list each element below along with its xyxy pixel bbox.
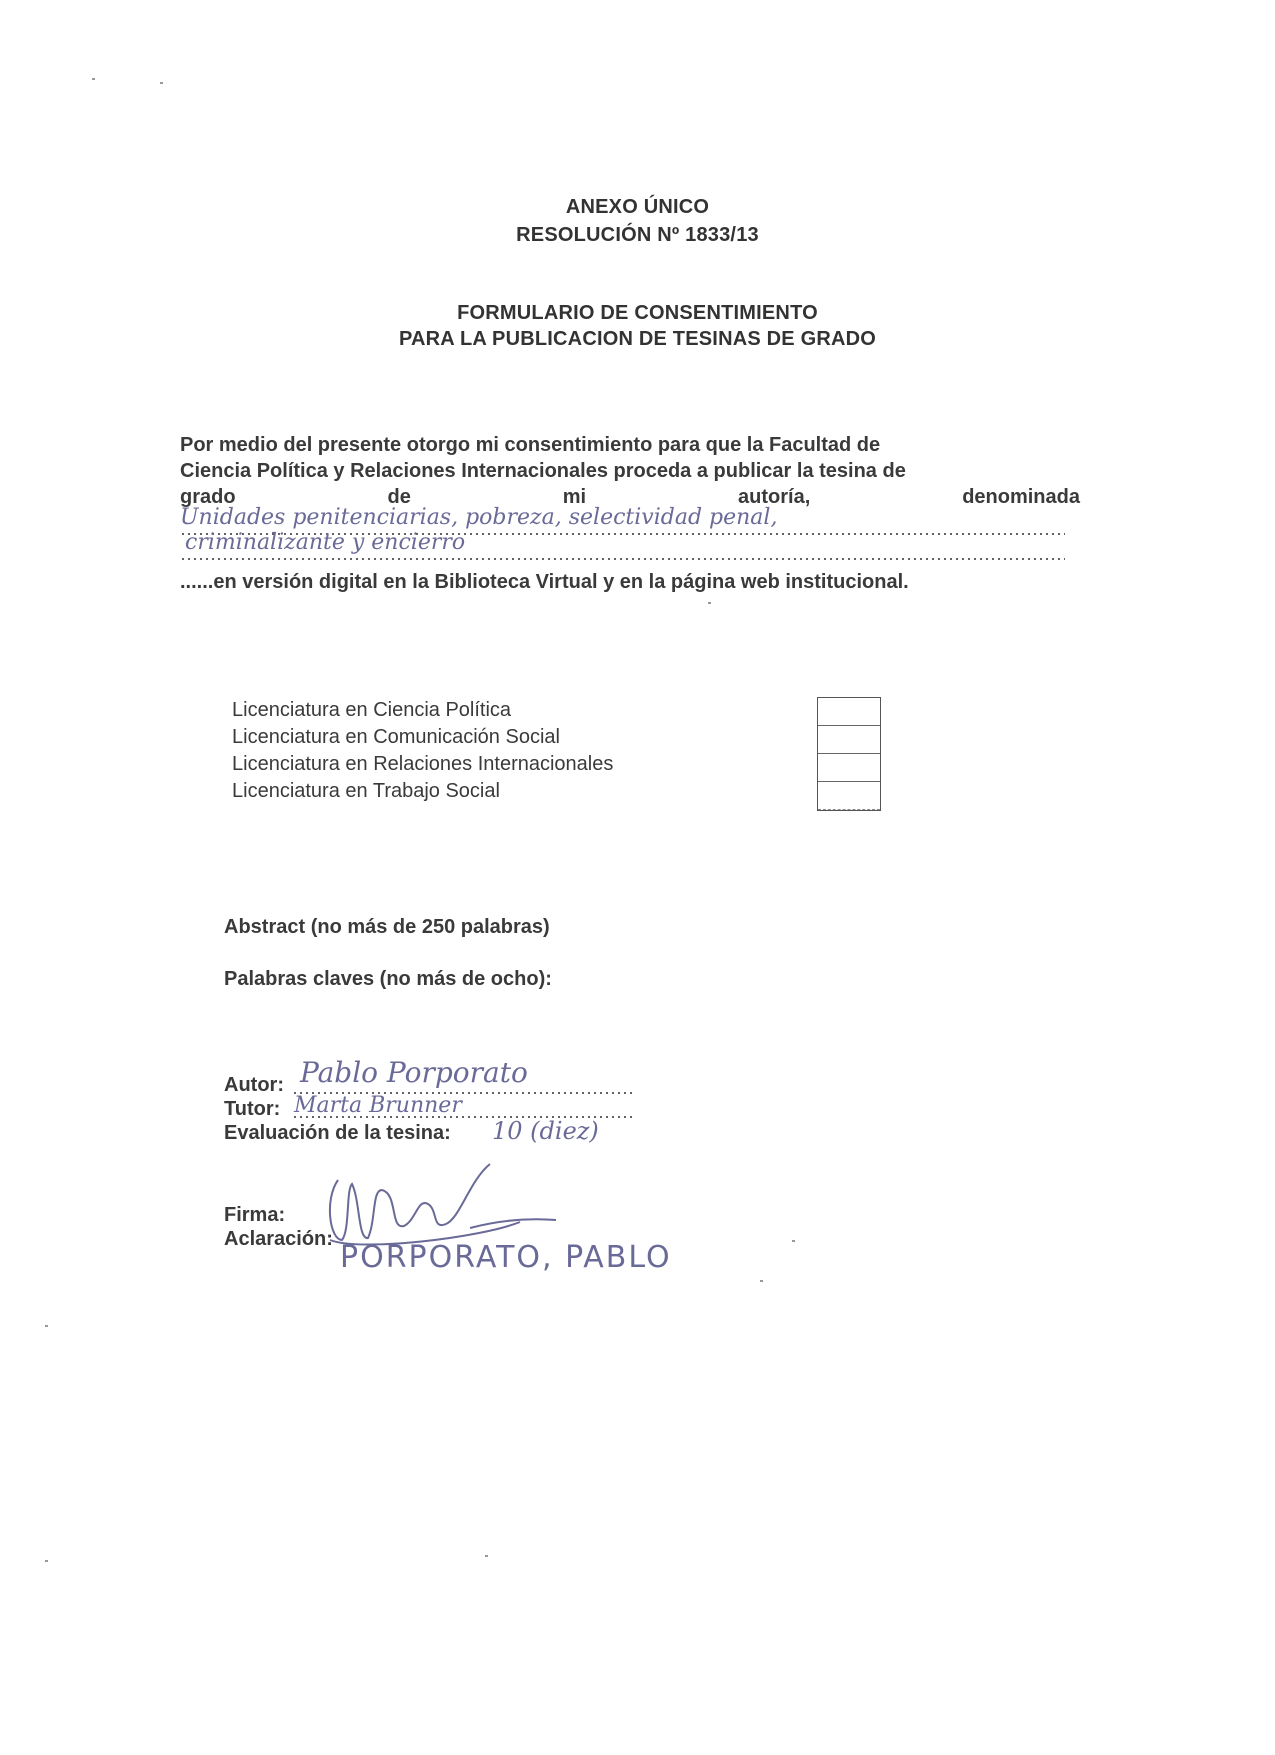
evaluation-label: Evaluación de la tesina: <box>224 1122 451 1145</box>
degree-comunicacion-social: Licenciatura en Comunicación Social <box>232 724 560 751</box>
degree-trabajo-social: Licenciatura en Trabajo Social <box>232 778 500 805</box>
clarification-label: Aclaración: <box>224 1228 333 1251</box>
degree-ciencia-politica: Licenciatura en Ciencia Política <box>232 697 511 724</box>
form-title-line1: FORMULARIO DE CONSENTIMIENTO <box>0 302 1275 325</box>
resolution-number: RESOLUCIÓN Nº 1833/13 <box>0 224 1275 247</box>
tutor-label: Tutor: <box>224 1098 280 1121</box>
abstract-label: Abstract (no más de 250 palabras) <box>224 916 550 939</box>
checkbox-relaciones-internacionales[interactable] <box>818 754 880 782</box>
consent-line-2: Ciencia Política y Relaciones Internacio… <box>180 458 1080 484</box>
checkbox-trabajo-social[interactable] <box>818 782 880 810</box>
degree-checkbox-column <box>817 697 881 811</box>
signature-name-print: PORPORATO, PABLO <box>340 1240 672 1275</box>
checkbox-comunicacion-social[interactable] <box>818 726 880 754</box>
thesis-title-handwritten-1[interactable]: Unidades penitenciarias, pobreza, select… <box>180 505 777 530</box>
tutor-value[interactable]: Marta Brunner <box>294 1093 462 1118</box>
consent-line-1: Por medio del presente otorgo mi consent… <box>180 432 1080 458</box>
form-title-line2: PARA LA PUBLICACION DE TESINAS DE GRADO <box>0 328 1275 351</box>
annex-title: ANEXO ÚNICO <box>0 196 1275 219</box>
clarification-value[interactable]: PORPORATO, PABLO <box>340 1240 672 1275</box>
signature-label: Firma: <box>224 1204 285 1227</box>
author-label: Autor: <box>224 1074 284 1097</box>
author-value[interactable]: Pablo Porporato <box>300 1056 528 1089</box>
thesis-title-handwritten-2[interactable]: criminalizante y encierro <box>185 530 465 555</box>
dotted-line <box>180 558 1065 560</box>
consent-text-1: Por medio del presente otorgo mi consent… <box>180 432 880 458</box>
word: denominada <box>962 484 1080 510</box>
degree-relaciones-internacionales: Licenciatura en Relaciones Internacional… <box>232 751 613 778</box>
evaluation-value[interactable]: 10 (diez) <box>492 1117 599 1145</box>
consent-line-final: ......en versión digital en la Bibliotec… <box>180 569 1080 595</box>
checkbox-ciencia-politica[interactable] <box>818 698 880 726</box>
keywords-label: Palabras claves (no más de ocho): <box>224 968 552 991</box>
